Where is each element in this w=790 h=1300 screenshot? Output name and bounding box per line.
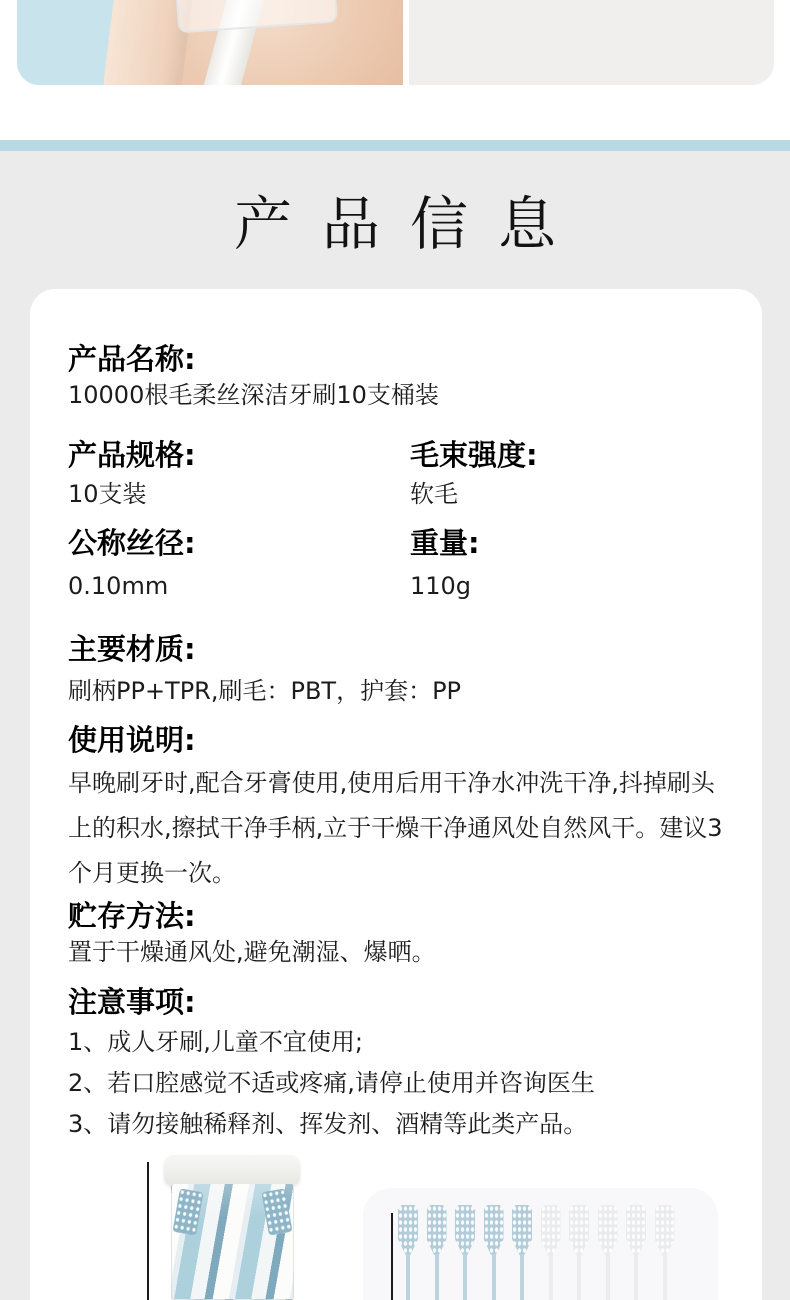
- usage-value: 早晚刷牙时,配合牙膏使用,使用后用干净水冲洗干净,抖掉刷头上的积水,擦拭干净手柄…: [68, 761, 736, 896]
- material-label: 主要材质:: [68, 631, 732, 667]
- spec-weight-value: 110g: [410, 570, 732, 602]
- product-info-content: 产品名称: 10000根毛柔丝深洁牙刷10支桶装 产品规格: 10支装 毛束强度…: [30, 289, 762, 1145]
- product-info-card: 产品名称: 10000根毛柔丝深洁牙刷10支桶装 产品规格: 10支装 毛束强度…: [30, 289, 762, 1300]
- hero-image-row: [17, 0, 774, 85]
- spec-filament-diameter-value: 0.10mm: [68, 570, 410, 602]
- toothbrush-white-5: [655, 1205, 675, 1300]
- bucket-brush-head-left: [172, 1188, 203, 1235]
- hero-right-blank-photo: [409, 0, 774, 85]
- toothbrush-white-1: [541, 1205, 561, 1300]
- spec-weight: 重量: 110g: [410, 525, 732, 602]
- note-item-1: 1、成人牙刷,儿童不宜使用;: [68, 1022, 732, 1063]
- toothbrush-row: [398, 1205, 698, 1300]
- spec-package-label: 产品规格:: [68, 437, 410, 473]
- toothbrush-white-2: [569, 1205, 589, 1300]
- spec-filament-diameter-label: 公称丝径:: [68, 525, 410, 561]
- spec-bristle-strength: 毛束强度: 软毛: [410, 437, 732, 510]
- toothbrush-blue-3: [455, 1205, 475, 1300]
- spec-package-value: 10支装: [68, 478, 410, 510]
- notes-label: 注意事项:: [68, 984, 732, 1020]
- material-value: 刷柄PP+TPR,刷毛：PBT，护套：PP: [68, 675, 732, 707]
- note-item-3: 3、请勿接触稀释剂、挥发剂、酒精等此类产品。: [68, 1104, 732, 1145]
- toothbrush-blue-4: [484, 1205, 504, 1300]
- toothbrush-blue-2: [427, 1205, 447, 1300]
- spec-bristle-strength-value: 软毛: [410, 478, 732, 510]
- toothbrush-white-4: [626, 1205, 646, 1300]
- hand-holding-toothbrush-photo: [17, 0, 403, 85]
- accent-band: [0, 140, 790, 151]
- spec-bristle-strength-label: 毛束强度:: [410, 437, 732, 473]
- product-name-value: 10000根毛柔丝深洁牙刷10支桶装: [68, 379, 732, 411]
- note-item-2: 2、若口腔感觉不适或疼痛,请停止使用并咨询医生: [68, 1063, 732, 1104]
- spec-package: 产品规格: 10支装: [68, 437, 410, 510]
- toothbrush-blue-1: [398, 1205, 418, 1300]
- storage-label: 贮存方法:: [68, 898, 732, 934]
- toothbrush-white-3: [598, 1205, 618, 1300]
- usage-label: 使用说明:: [68, 722, 732, 758]
- spec-filament-diameter: 公称丝径: 0.10mm: [68, 525, 410, 602]
- brushes-photo-left-border: [391, 1213, 393, 1300]
- product-name-label: 产品名称:: [68, 341, 732, 377]
- page-title: 产品信息: [0, 192, 790, 256]
- bucket-photo-left-border: [147, 1162, 149, 1300]
- spec-grid: 产品规格: 10支装 毛束强度: 软毛 公称丝径: 0.10mm 重量: 110…: [68, 437, 732, 617]
- spec-weight-label: 重量:: [410, 525, 732, 561]
- storage-value: 置于干燥通风处,避免潮湿、爆晒。: [68, 936, 732, 968]
- toothbrush-bucket-lid: [164, 1155, 300, 1185]
- notes-list: 1、成人牙刷,儿童不宜使用; 2、若口腔感觉不适或疼痛,请停止使用并咨询医生 3…: [68, 1022, 732, 1145]
- toothbrush-blue-5: [512, 1205, 532, 1300]
- bucket-brush-head-right: [261, 1188, 292, 1235]
- toothbrush-bucket-photo: [171, 1184, 294, 1300]
